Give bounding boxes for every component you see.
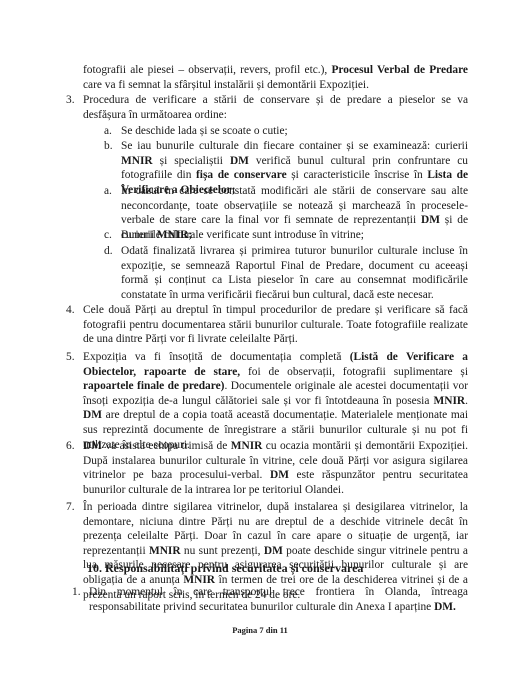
document-page: fotografii ale piesei – observații, reve… (0, 0, 520, 700)
subitem-letter: a. (104, 184, 112, 199)
item-number: 6. (66, 439, 75, 454)
item-number: 1. (72, 585, 81, 600)
subitem-letter: c. (104, 228, 112, 243)
subitem-d-text: Odată finalizată livrarea și primirea tu… (121, 244, 468, 302)
subitem-letter: b. (104, 139, 113, 154)
item-number: 5. (66, 350, 75, 365)
page-footer: Pagina 7 din 11 (0, 625, 520, 635)
subitem-letter: d. (104, 244, 113, 259)
item-number: 3. (66, 93, 75, 108)
item-number: 4. (66, 303, 75, 318)
subitem-c-text: Bunurile culturale verificate sunt intro… (121, 228, 468, 243)
subitem-a-text: Se deschide lada și se scoate o cutie; (121, 124, 468, 139)
item-6-text: DM va asista echipa trimisă de MNIR cu o… (83, 439, 468, 497)
subitem-letter: a. (104, 124, 112, 139)
item-number: 7. (66, 500, 75, 515)
item-4-text: Cele două Părți au dreptul în timpul pro… (83, 303, 468, 347)
section-heading: 10. Responsabilități privind securitatea… (87, 561, 363, 576)
continuation-paragraph: fotografii ale piesei – observații, reve… (83, 63, 468, 92)
item-3-text: Procedura de verificare a stării de cons… (83, 93, 468, 122)
section-item-1-text: Din momentul în care transportul trece f… (89, 585, 468, 614)
item-5-text: Expoziția va fi însoțită de documentația… (83, 350, 468, 452)
